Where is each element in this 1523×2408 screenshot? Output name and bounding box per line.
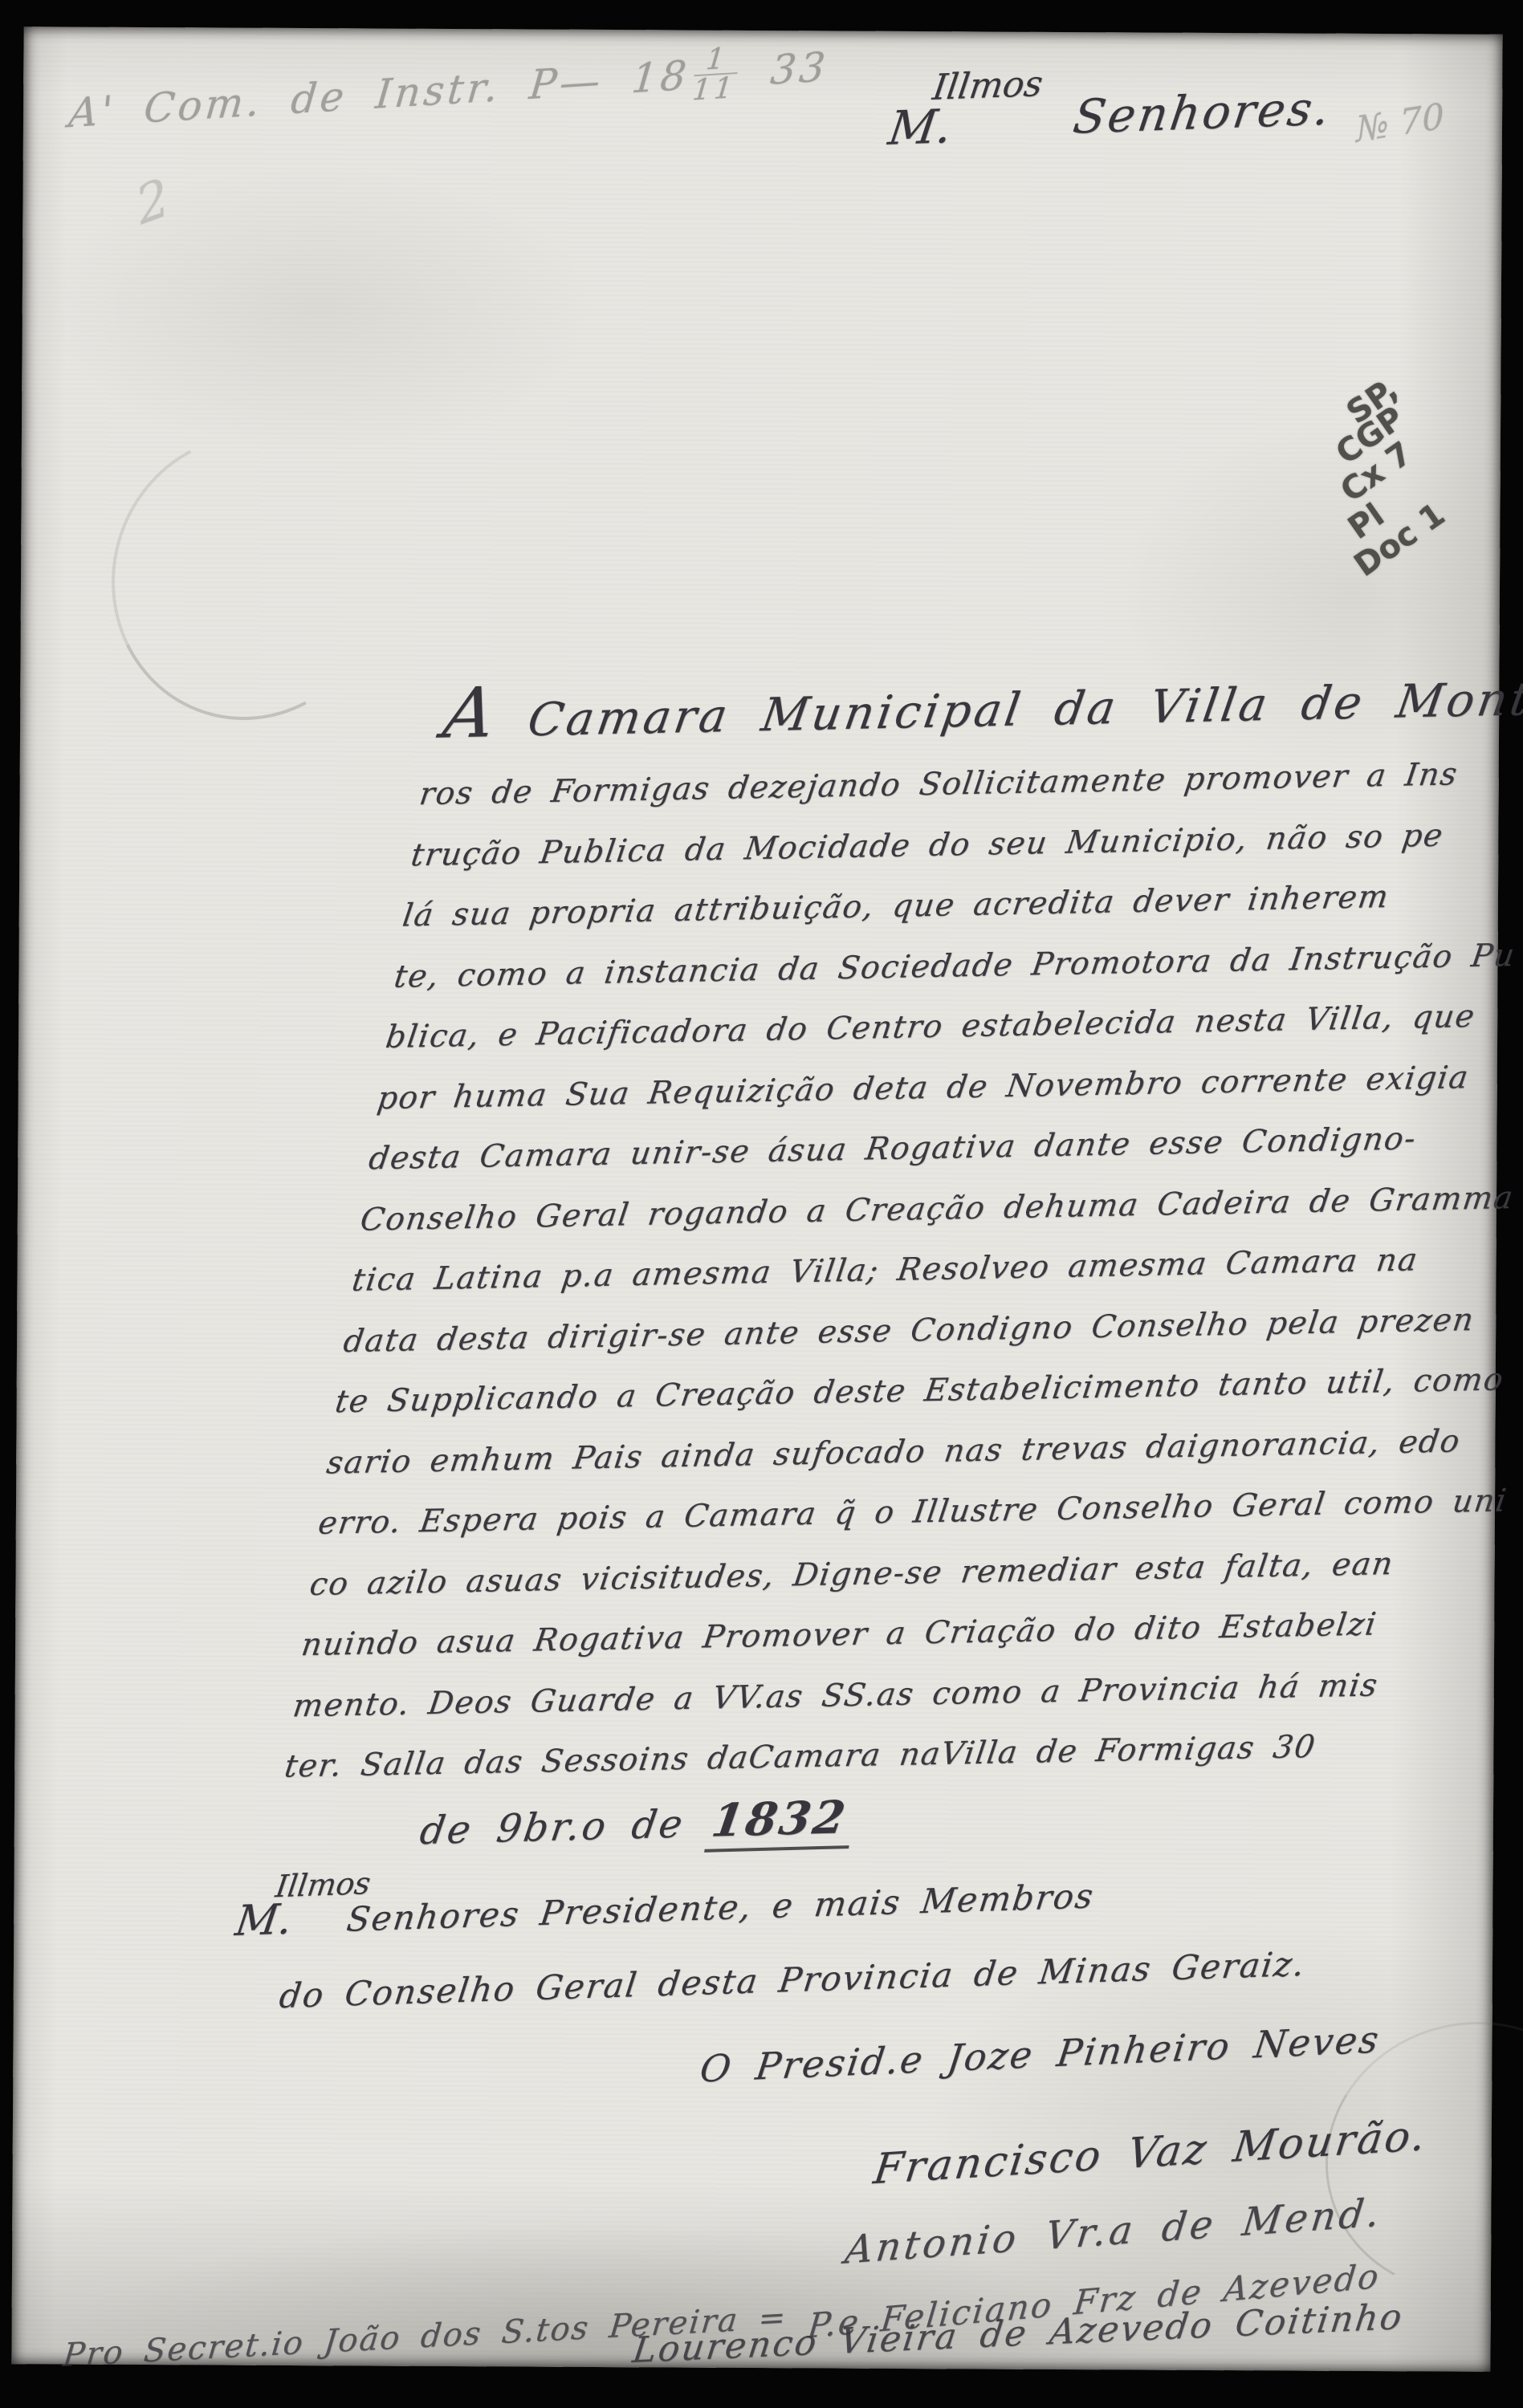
page-number-annotation: № 70 xyxy=(1354,96,1445,151)
fraction-denominator: 11 xyxy=(691,72,737,105)
signature: Antonio Vr.a de Mend. xyxy=(842,2190,1385,2272)
salutation-text: Senhores. xyxy=(1070,80,1335,144)
register-annotation-number: 18 xyxy=(629,52,691,103)
register-annotation: A' Com. de Instr. P— 18111 33 xyxy=(66,39,830,144)
abbreviation-base: M. xyxy=(886,104,955,151)
register-annotation-fraction: 111 xyxy=(691,45,740,105)
register-annotation-prefix: A' Com. de Instr. P xyxy=(67,59,562,136)
register-annotation-dash: — xyxy=(557,57,605,107)
scanned-document-page: A' Com. de Instr. P— 18111 33 2 № 70 SP,… xyxy=(0,0,1523,2408)
pencil-flourish: 2 xyxy=(131,167,174,237)
abbreviation-base: M. xyxy=(233,1899,295,1942)
date-year: 1832 xyxy=(704,1791,857,1853)
closing-address-line-1: Senhores Presidente, e mais Membros xyxy=(344,1876,1097,1938)
register-annotation-suffix: 33 xyxy=(768,43,830,94)
president-signature-line: O Presid.e Joze Pinheiro Neves xyxy=(698,2017,1383,2090)
closing-address-line-2: do Conselho Geral desta Provincia de Min… xyxy=(277,1944,1308,2015)
opening-line-text: Camara Municipal da Villa de Montes Cla xyxy=(492,669,1523,747)
faint-oval-flourish xyxy=(75,399,421,756)
ink-layer: A' Com. de Instr. P— 18111 33 2 № 70 SP,… xyxy=(0,0,1523,2408)
illustrissimos-abbreviation: Illmos M. xyxy=(886,68,1045,151)
salutation-heading: Illmos M. Senhores. xyxy=(886,58,1338,151)
fraction-numerator: 1 xyxy=(694,45,739,75)
archival-reference-block: SP, CGP Cx 7 Pl Doc 1 xyxy=(1342,371,1495,563)
body-opening-line: A Camara Municipal da Villa de Montes Cl… xyxy=(439,667,1523,748)
date-prefix: de 9br.o de xyxy=(417,1801,711,1854)
body-paragraph: ros de Formigas dezejando Sollicitamente… xyxy=(280,739,1523,1797)
date-line: de 9br.o de 1832 xyxy=(417,1791,857,1855)
